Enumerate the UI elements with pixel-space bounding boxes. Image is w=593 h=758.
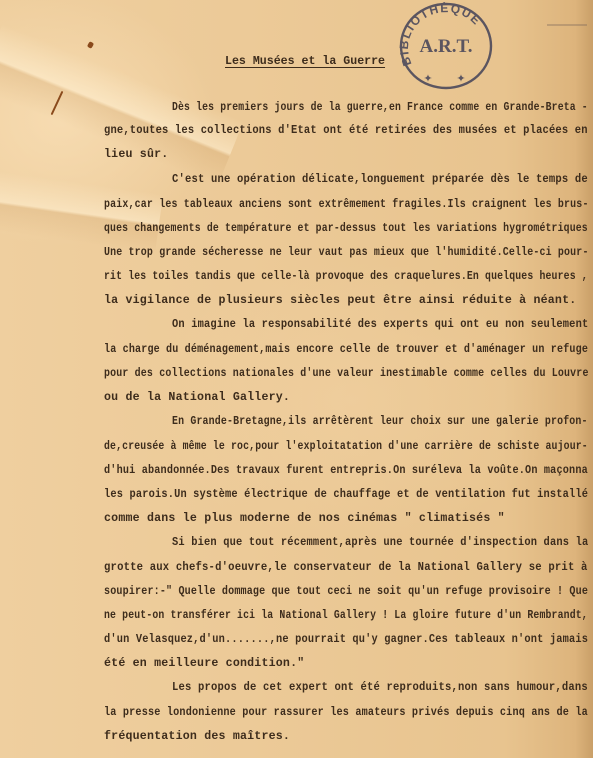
- paragraph-3-line-4: ou de la National Gallery.: [104, 391, 290, 404]
- paragraph-1-line-1: Dès les premiers jours de la guerre,en F…: [172, 101, 588, 114]
- paragraph-3-line-2: la charge du déménagement,mais encore ce…: [104, 343, 588, 356]
- svg-text:BIBLIOTHÈQUE: BIBLIOTHÈQUE: [398, 2, 484, 68]
- paragraph-6-line-1: Les propos de cet expert ont été reprodu…: [172, 681, 588, 694]
- paragraph-4-line-4: les parois.Un système électrique de chau…: [104, 488, 588, 501]
- paragraph-5-line-5: d'un Velasquez,d'un.......,ne pourrait q…: [104, 633, 588, 646]
- paragraph-2-line-5: rit les toiles tandis que celle-là provo…: [104, 270, 588, 283]
- paragraph-5-line-2: grotte aux chefs-d'oeuvre,le conservateu…: [104, 561, 588, 574]
- paragraph-2-line-1: C'est une opération délicate,longuement …: [172, 173, 588, 186]
- paragraph-6-line-2: la presse londonienne pour rassurer les …: [104, 706, 588, 719]
- stamp-icon: BIBLIOTHÈQUE A.R.T. ✦ ✦: [398, 2, 494, 90]
- paragraph-1-line-3: lieu sûr.: [104, 148, 168, 161]
- paragraph-2-line-3: ques changements de température et par-d…: [104, 222, 588, 235]
- star-icon: ✦: [456, 73, 465, 85]
- paragraph-4-line-3: d'hui abandonnée.Des travaux furent entr…: [104, 464, 588, 477]
- paragraph-5-line-1: Si bien que tout récemment,après une tou…: [172, 536, 588, 549]
- star-icon: ✦: [423, 73, 432, 85]
- library-stamp: BIBLIOTHÈQUE A.R.T. ✦ ✦: [398, 2, 494, 90]
- paragraph-4-line-2: de,creusée à même le roc,pour l'exploita…: [104, 440, 588, 453]
- paragraph-3-line-3: pour des collections nationales d'une va…: [104, 367, 589, 380]
- paragraph-5-line-4: ne peut-on transférer ici la National Ga…: [104, 609, 588, 622]
- paragraph-5-line-3: soupirer:-" Quelle dommage que tout ceci…: [104, 585, 588, 598]
- document-title: Les Musées et la Guerre: [225, 55, 385, 68]
- paragraph-2-line-6: la vigilance de plusieurs siècles peut ê…: [104, 294, 576, 307]
- ink-smudge: [547, 24, 587, 26]
- paragraph-4-line-5: comme dans le plus moderne de nos cinéma…: [104, 512, 505, 525]
- paragraph-5-line-6: été en meilleure condition.": [104, 657, 304, 670]
- paragraph-2-line-4: Une trop grande sécheresse ne leur vaut …: [104, 246, 589, 259]
- paragraph-2-line-2: paix,car les tableaux anciens sont extrê…: [104, 198, 589, 211]
- paragraph-3-line-1: On imagine la responsabilité des experts…: [172, 318, 588, 331]
- paragraph-1-line-2: gne,toutes les collections d'Etat ont ét…: [104, 124, 588, 137]
- stamp-ring-text: BIBLIOTHÈQUE: [398, 2, 484, 68]
- stamp-center-text: A.R.T.: [420, 36, 473, 57]
- paragraph-6-line-3: fréquentation des maîtres.: [104, 730, 290, 743]
- paragraph-4-line-1: En Grande-Bretagne,ils arrêtèrent leur c…: [172, 415, 588, 428]
